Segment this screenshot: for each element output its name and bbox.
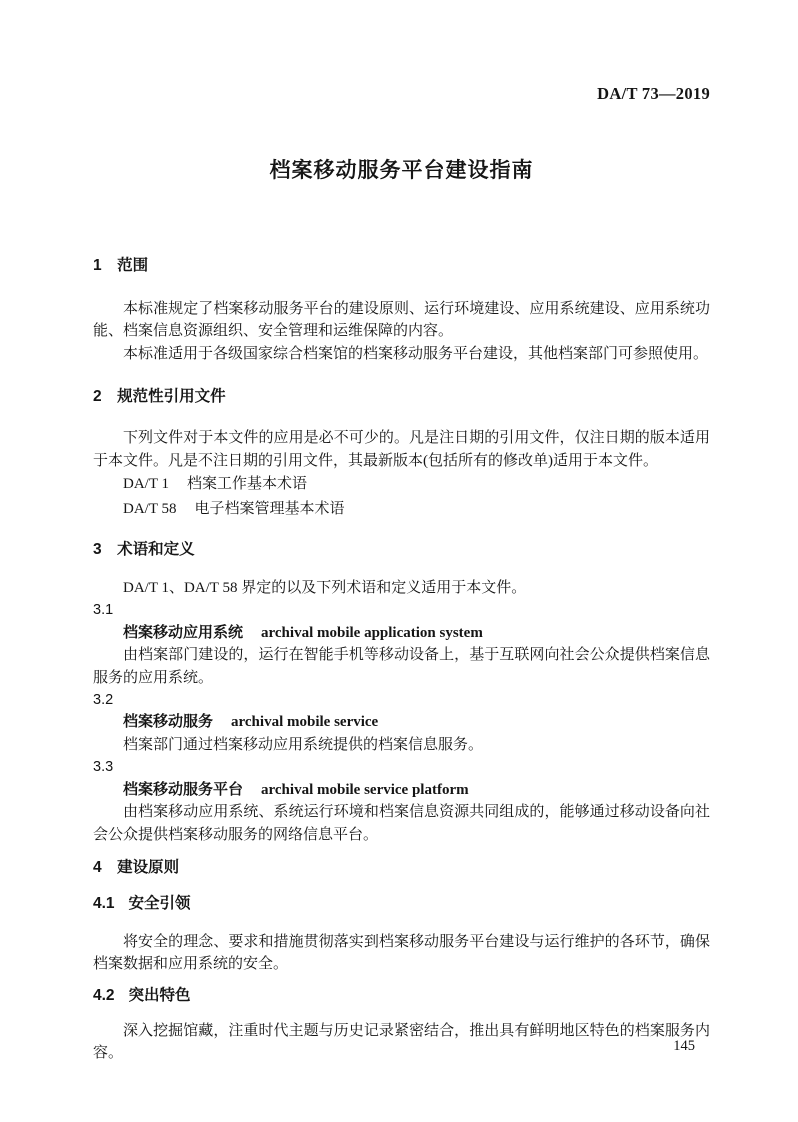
term-line: 档案移动服务archival mobile service (93, 711, 710, 733)
section-heading-4: 4建设原则 (93, 860, 710, 876)
term-zh: 档案移动服务 (123, 713, 213, 730)
term-zh: 档案移动应用系统 (123, 624, 243, 641)
section-heading-1: 1范围 (93, 258, 710, 274)
doc-code: DA/T 73—2019 (93, 0, 710, 104)
reference-item: DA/T 1档案工作基本术语 (93, 472, 710, 497)
document-page: DA/T 73—2019 档案移动服务平台建设指南 1范围 本标准规定了档案移动… (0, 0, 798, 1122)
term-en: archival mobile service platform (261, 782, 469, 798)
term-en: archival mobile application system (261, 625, 483, 641)
page-content: DA/T 73—2019 档案移动服务平台建设指南 1范围 本标准规定了档案移动… (0, 0, 798, 1065)
term-line: 档案移动应用系统archival mobile application syst… (93, 622, 710, 644)
subsection-heading-4-2: 4.2突出特色 (93, 988, 710, 1004)
term-definition: 由档案移动应用系统、系统运行环境和档案信息资源共同组成的，能够通过移动设备向社会… (93, 801, 710, 846)
section-number: 3 (93, 541, 102, 558)
subsection-number: 4.2 (93, 987, 115, 1004)
paragraph: DA/T 1、DA/T 58 界定的以及下列术语和定义适用于本文件。 (93, 577, 710, 599)
paragraph: 本标准规定了档案移动服务平台的建设原则、运行环境建设、应用系统建设、应用系统功能… (93, 298, 710, 343)
term-number: 3.1 (93, 599, 710, 621)
reference-code: DA/T 58 (123, 501, 176, 517)
term-definition: 档案部门通过档案移动应用系统提供的档案信息服务。 (93, 734, 710, 756)
term-definition: 由档案部门建设的，运行在智能手机等移动设备上，基于互联网向社会公众提供档案信息服… (93, 644, 710, 689)
section-title: 规范性引用文件 (117, 388, 226, 405)
term-zh: 档案移动服务平台 (123, 781, 243, 798)
page-title: 档案移动服务平台建设指南 (93, 158, 710, 184)
reference-title: 电子档案管理基本术语 (194, 501, 344, 517)
subsection-heading-4-1: 4.1安全引领 (93, 896, 710, 912)
term-number: 3.2 (93, 689, 710, 711)
reference-title: 档案工作基本术语 (187, 476, 307, 492)
paragraph: 下列文件对于本文件的应用是必不可少的。凡是注日期的引用文件，仅注日期的版本适用于… (93, 427, 710, 472)
section-title: 术语和定义 (117, 541, 195, 558)
section-heading-2: 2规范性引用文件 (93, 389, 710, 405)
section-heading-3: 3术语和定义 (93, 542, 710, 558)
paragraph: 本标准适用于各级国家综合档案馆的档案移动服务平台建设，其他档案部门可参照使用。 (93, 343, 710, 365)
section-number: 2 (93, 388, 102, 405)
paragraph: 深入挖掘馆藏，注重时代主题与历史记录紧密结合，推出具有鲜明地区特色的档案服务内容… (93, 1020, 710, 1065)
reference-code: DA/T 1 (123, 476, 169, 492)
term-line: 档案移动服务平台archival mobile service platform (93, 779, 710, 801)
subsection-title: 突出特色 (129, 987, 191, 1004)
section-title: 范围 (117, 257, 148, 274)
subsection-title: 安全引领 (129, 895, 191, 912)
section-title: 建设原则 (117, 859, 179, 876)
reference-item: DA/T 58电子档案管理基本术语 (93, 497, 710, 522)
paragraph: 将安全的理念、要求和措施贯彻落实到档案移动服务平台建设与运行维护的各环节，确保档… (93, 931, 710, 976)
term-number: 3.3 (93, 756, 710, 778)
subsection-number: 4.1 (93, 895, 115, 912)
page-number: 145 (673, 1038, 695, 1055)
section-number: 1 (93, 257, 102, 274)
term-en: archival mobile service (231, 714, 378, 730)
section-number: 4 (93, 859, 102, 876)
